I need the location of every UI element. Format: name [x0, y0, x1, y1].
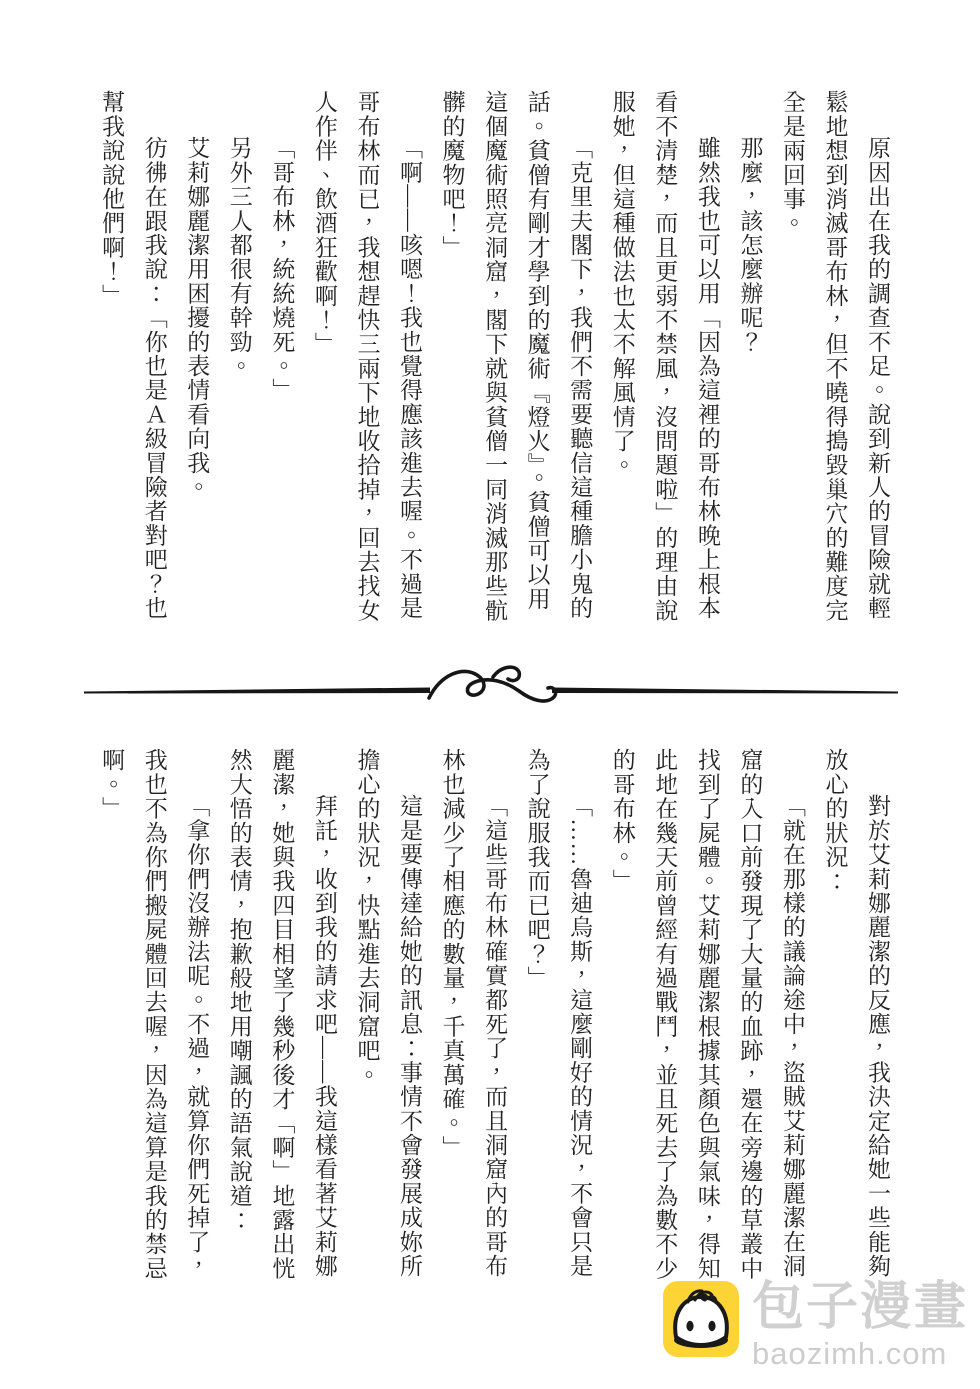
watermark: 包子漫畫 baozimh.com [663, 1281, 968, 1369]
paragraph: 「就在那樣的議論途中，盜賊艾莉娜麗潔在洞窟的入口前發現了大量的血跡，還在旁邊的草… [600, 748, 813, 1288]
paragraph: 拜託，收到我的請求吧——我這樣看著艾莉娜麗潔，她與我四目相望了幾秒後才「啊」地露… [217, 748, 345, 1288]
paragraph: 「拿你們沒辦法呢。不過，就算你們死掉了，我也不為你們搬屍體回去喔，因為這算是我的… [90, 748, 218, 1288]
watermark-site-url: baozimh.com [752, 1338, 968, 1369]
bottom-text-section: 對於艾莉娜麗潔的反應，我決定給她一些能夠放心的狀況： 「就在那樣的議論途中，盜賊… [90, 748, 898, 1288]
baozi-mascot-icon [663, 1281, 739, 1357]
paragraph: 「克里夫閣下，我們不需要聽信這種膽小鬼的話。貧僧有剛才學到的魔術『燈火』。貧僧可… [430, 90, 600, 630]
paragraph: 艾莉娜麗潔用困擾的表情看向我。 [175, 90, 218, 630]
paragraph: 原因出在我的調查不足。說到新人的冒險就輕鬆地想到消滅哥布林，但不曉得搗毀巢穴的難… [770, 90, 898, 630]
paragraph: 「啊——咳嗯！我也覺得應該進去喔。不過是哥布林而已，我想趕快三兩下地收拾掉，回去… [302, 90, 430, 630]
paragraph: 另外三人都很有幹勁。 [217, 90, 260, 630]
paragraph: 這是要傳達給她的訊息：事情不會發展成妳所擔心的狀況，快點進去洞窟吧。 [345, 748, 430, 1288]
divider-flourish-icon [84, 660, 898, 720]
paragraph: 「哥布林，統統燒死。」 [260, 90, 303, 630]
paragraph: 雖然我也可以用「因為這裡的哥布林晚上根本看不清楚，而且更弱不禁風，沒問題啦」的理… [600, 90, 728, 630]
manga-novel-page: 原因出在我的調查不足。說到新人的冒險就輕鬆地想到消滅哥布林，但不曉得搗毀巢穴的難… [0, 0, 980, 1389]
watermark-site-name: 包子漫畫 [752, 1281, 968, 1333]
paragraph: 「……魯迪烏斯，這麼剛好的情況，不會只是為了說服我而已吧？」 [515, 748, 600, 1288]
paragraph: 彷彿在跟我說：「你也是Ａ級冒險者對吧？也幫我說說他們啊！」 [90, 90, 175, 630]
paragraph: 「這些哥布林確實都死了，而且洞窟內的哥布林也減少了相應的數量，千真萬確。」 [430, 748, 515, 1288]
paragraph: 那麼，該怎麼辦呢？ [728, 90, 771, 630]
section-divider [84, 660, 898, 720]
paragraph: 對於艾莉娜麗潔的反應，我決定給她一些能夠放心的狀況： [813, 748, 898, 1288]
watermark-text: 包子漫畫 baozimh.com [752, 1281, 968, 1369]
top-text-section: 原因出在我的調查不足。說到新人的冒險就輕鬆地想到消滅哥布林，但不曉得搗毀巢穴的難… [90, 90, 898, 630]
